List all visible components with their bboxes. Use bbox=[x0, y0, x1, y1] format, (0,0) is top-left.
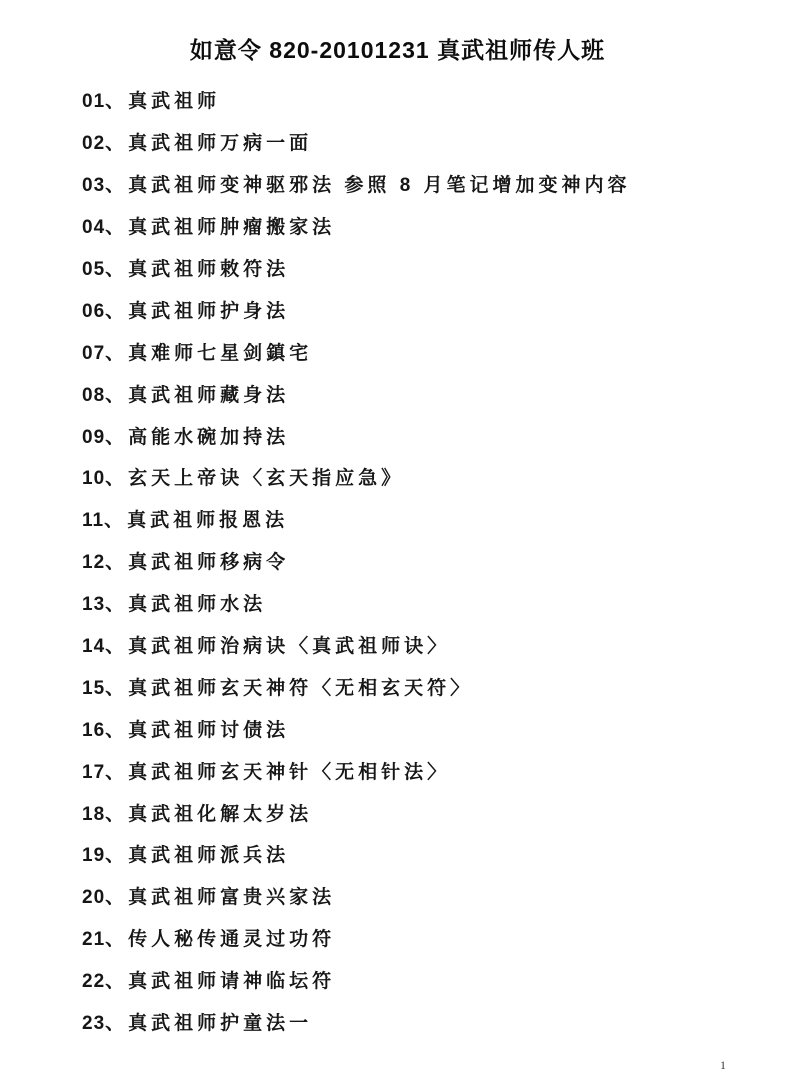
item-text: 真武祖师派兵法 bbox=[128, 840, 289, 867]
item-number: 17、 bbox=[82, 757, 125, 784]
list-item: 10、 玄天上帝诀〈玄天指应急》 bbox=[82, 456, 765, 498]
item-text: 真武祖师讨债法 bbox=[128, 715, 289, 742]
item-number: 11、 bbox=[82, 505, 124, 532]
item-number: 13、 bbox=[82, 589, 125, 616]
item-number: 18、 bbox=[82, 799, 125, 826]
item-number: 09、 bbox=[82, 422, 125, 449]
item-number: 16、 bbox=[82, 715, 125, 742]
list-item: 15、 真武祖师玄天神符〈无相玄天符〉 bbox=[82, 665, 765, 707]
list-item: 03、 真武祖师变神驱邪法 参照 8 月笔记增加变神内容 bbox=[82, 163, 765, 205]
item-text: 真武祖师玄天神符〈无相玄天符〉 bbox=[128, 673, 473, 700]
list-item: 22、 真武祖师请神临坛符 bbox=[82, 959, 765, 1001]
document-page: 如意令 820-20101231 真武祖师传人班 01、 真武祖师 02、 真武… bbox=[0, 0, 795, 1082]
item-text: 真武祖化解太岁法 bbox=[128, 799, 312, 826]
item-text: 真武祖师敕符法 bbox=[128, 254, 289, 281]
list-item: 18、 真武祖化解太岁法 bbox=[82, 791, 765, 833]
list-item: 04、 真武祖师肿瘤搬家法 bbox=[82, 205, 765, 247]
item-text: 真难师七星剑鎮宅 bbox=[128, 338, 312, 365]
item-text: 真武祖师藏身法 bbox=[128, 380, 289, 407]
content-list: 01、 真武祖师 02、 真武祖师万病一面 03、 真武祖师变神驱邪法 参照 8… bbox=[82, 79, 765, 1042]
list-item: 13、 真武祖师水法 bbox=[82, 582, 765, 624]
item-text: 真武祖师变神驱邪法 参照 8 月笔记增加变神内容 bbox=[128, 170, 630, 197]
item-number: 07、 bbox=[82, 338, 125, 365]
item-text: 玄天上帝诀〈玄天指应急》 bbox=[128, 463, 404, 490]
list-item: 01、 真武祖师 bbox=[82, 79, 765, 121]
item-number: 12、 bbox=[82, 547, 125, 574]
list-item: 09、 高能水碗加持法 bbox=[82, 414, 765, 456]
list-item: 14、 真武祖师治病诀〈真武祖师诀〉 bbox=[82, 624, 765, 666]
item-number: 19、 bbox=[82, 840, 125, 867]
list-item: 20、 真武祖师富贵兴家法 bbox=[82, 875, 765, 917]
list-item: 17、 真武祖师玄天神针〈无相针法〉 bbox=[82, 749, 765, 791]
item-number: 14、 bbox=[82, 631, 125, 658]
list-item: 12、 真武祖师移病令 bbox=[82, 540, 765, 582]
item-text: 真武祖师护童法一 bbox=[128, 1008, 312, 1035]
item-text: 真武祖师富贵兴家法 bbox=[128, 882, 335, 909]
item-number: 21、 bbox=[82, 924, 125, 951]
item-number: 02、 bbox=[82, 128, 125, 155]
item-number: 04、 bbox=[82, 212, 125, 239]
item-text: 高能水碗加持法 bbox=[128, 422, 289, 449]
item-text: 传人秘传通灵过功符 bbox=[128, 924, 335, 951]
item-text: 真武祖师 bbox=[128, 86, 220, 113]
page-number: 1 bbox=[720, 1058, 726, 1073]
list-item: 06、 真武祖师护身法 bbox=[82, 288, 765, 330]
item-text: 真武祖师万病一面 bbox=[128, 128, 312, 155]
item-number: 10、 bbox=[82, 463, 125, 490]
item-text: 真武祖师水法 bbox=[128, 589, 266, 616]
item-number: 22、 bbox=[82, 966, 125, 993]
list-item: 19、 真武祖师派兵法 bbox=[82, 833, 765, 875]
list-item: 02、 真武祖师万病一面 bbox=[82, 121, 765, 163]
item-text: 真武祖师报恩法 bbox=[127, 505, 288, 532]
list-item: 21、 传人秘传通灵过功符 bbox=[82, 917, 765, 959]
list-item: 05、 真武祖师敕符法 bbox=[82, 247, 765, 289]
item-number: 03、 bbox=[82, 170, 125, 197]
item-text: 真武祖师肿瘤搬家法 bbox=[128, 212, 335, 239]
item-number: 06、 bbox=[82, 296, 125, 323]
item-text: 真武祖师治病诀〈真武祖师诀〉 bbox=[128, 631, 450, 658]
item-text: 真武祖师玄天神针〈无相针法〉 bbox=[128, 757, 450, 784]
item-number: 05、 bbox=[82, 254, 125, 281]
item-text: 真武祖师护身法 bbox=[128, 296, 289, 323]
list-item: 23、 真武祖师护童法一 bbox=[82, 1001, 765, 1043]
item-text: 真武祖师移病令 bbox=[128, 547, 289, 574]
item-number: 08、 bbox=[82, 380, 125, 407]
item-number: 01、 bbox=[82, 86, 125, 113]
list-item: 16、 真武祖师讨债法 bbox=[82, 707, 765, 749]
list-item: 07、 真难师七星剑鎮宅 bbox=[82, 330, 765, 372]
document-title: 如意令 820-20101231 真武祖师传人班 bbox=[0, 33, 795, 67]
list-item: 08、 真武祖师藏身法 bbox=[82, 372, 765, 414]
item-number: 15、 bbox=[82, 673, 125, 700]
item-number: 23、 bbox=[82, 1008, 125, 1035]
item-number: 20、 bbox=[82, 882, 125, 909]
list-item: 11、 真武祖师报恩法 bbox=[82, 498, 765, 540]
item-text: 真武祖师请神临坛符 bbox=[128, 966, 335, 993]
